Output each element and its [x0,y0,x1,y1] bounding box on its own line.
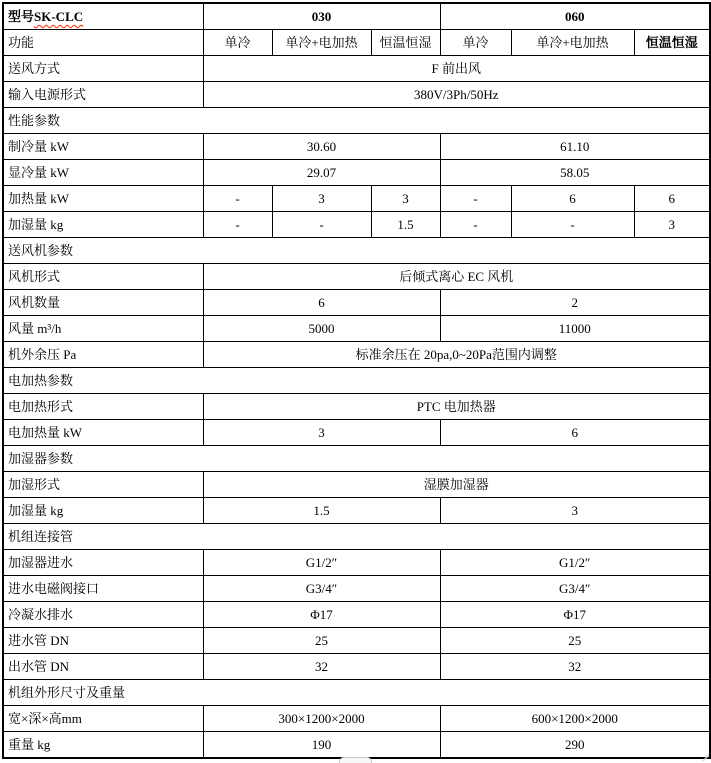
row-label: 冷凝水排水 [3,602,203,628]
table-row: 电加热形式PTC 电加热器 [3,394,710,420]
cell-value: 6 [440,420,710,446]
cell-value: 后倾式离心 EC 风机 [203,264,710,290]
cell-value: 恒温恒湿 [371,30,440,56]
cell-value: 61.10 [440,134,710,160]
section-title: 机组外形尺寸及重量 [3,680,710,706]
row-label: 型号SK-CLC [3,3,203,30]
cell-value: 单冷 [203,30,272,56]
cell-value: 3 [272,186,371,212]
cell-value: 湿膜加湿器 [203,472,710,498]
section-title: 机组连接管 [3,524,710,550]
row-label: 宽×深×高mm [3,706,203,732]
cell-value: PTC 电加热器 [203,394,710,420]
row-label: 进水电磁阀接口 [3,576,203,602]
table-row: 冷凝水排水Φ17Φ17 [3,602,710,628]
cell-value: 2 [440,290,710,316]
section-row: 电加热参数 [3,368,710,394]
cell-value: 32 [440,654,710,680]
row-label: 重量 kg [3,732,203,759]
table-row: 送风方式F 前出风 [3,56,710,82]
horizontal-scrollbar-thumb[interactable] [339,757,372,763]
cell-value: 300×1200×2000 [203,706,440,732]
table-row: 型号SK-CLC030060 [3,3,710,30]
row-label: 加湿器进水 [3,550,203,576]
table-row: 显冷量 kW29.0758.05 [3,160,710,186]
table-row: 进水管 DN2525 [3,628,710,654]
table-row: 机外余压 Pa标准余压在 20pa,0~20Pa范围内调整 [3,342,710,368]
cell-value: 1.5 [371,212,440,238]
row-label: 输入电源形式 [3,82,203,108]
cell-value: - [203,212,272,238]
section-row: 机组连接管 [3,524,710,550]
resize-grip-icon[interactable] [701,753,709,761]
model-label: 型号 [8,9,34,24]
cell-value: G1/2″ [203,550,440,576]
cell-value: 380V/3Ph/50Hz [203,82,710,108]
row-label: 加湿量 kg [3,212,203,238]
spec-table: 型号SK-CLC030060功能单冷单冷+电加热恒温恒湿单冷单冷+电加热恒温恒湿… [2,2,711,759]
cell-value: 190 [203,732,440,759]
section-row: 送风机参数 [3,238,710,264]
cell-value: 600×1200×2000 [440,706,710,732]
section-title: 送风机参数 [3,238,710,264]
cell-value: 单冷 [440,30,511,56]
table-row: 加湿器进水G1/2″G1/2″ [3,550,710,576]
table-row: 电加热量 kW36 [3,420,710,446]
cell-value: 030 [203,3,440,30]
table-row: 加湿量 kg1.53 [3,498,710,524]
table-row: 制冷量 kW30.6061.10 [3,134,710,160]
cell-value: - [272,212,371,238]
table-row: 出水管 DN3232 [3,654,710,680]
cell-value: F 前出风 [203,56,710,82]
row-label: 功能 [3,30,203,56]
cell-value: Φ17 [440,602,710,628]
cell-value: 恒温恒湿 [634,30,710,56]
table-row: 风量 m³/h500011000 [3,316,710,342]
cell-value: - [440,212,511,238]
cell-value: G1/2″ [440,550,710,576]
row-label: 机外余压 Pa [3,342,203,368]
cell-value: 单冷+电加热 [272,30,371,56]
row-label: 风量 m³/h [3,316,203,342]
cell-value: 6 [511,186,634,212]
row-label: 出水管 DN [3,654,203,680]
cell-value: 6 [203,290,440,316]
cell-value: 29.07 [203,160,440,186]
cell-value: 标准余压在 20pa,0~20Pa范围内调整 [203,342,710,368]
cell-value: 290 [440,732,710,759]
cell-value: 3 [203,420,440,446]
section-title: 电加热参数 [3,368,710,394]
table-row: 加湿形式湿膜加湿器 [3,472,710,498]
section-row: 机组外形尺寸及重量 [3,680,710,706]
section-title: 性能参数 [3,108,710,134]
row-label: 电加热量 kW [3,420,203,446]
row-label: 加湿量 kg [3,498,203,524]
cell-value: 30.60 [203,134,440,160]
cell-value: 58.05 [440,160,710,186]
row-label: 显冷量 kW [3,160,203,186]
row-label: 电加热形式 [3,394,203,420]
table-row: 加热量 kW-33-66 [3,186,710,212]
table-row: 输入电源形式380V/3Ph/50Hz [3,82,710,108]
cell-value: - [203,186,272,212]
table-row: 进水电磁阀接口G3/4″G3/4″ [3,576,710,602]
table-row: 功能单冷单冷+电加热恒温恒湿单冷单冷+电加热恒温恒湿 [3,30,710,56]
cell-value: 060 [440,3,710,30]
row-label: 风机数量 [3,290,203,316]
row-label: 进水管 DN [3,628,203,654]
cell-value: G3/4″ [203,576,440,602]
table-row: 重量 kg190290 [3,732,710,759]
cell-value: Φ17 [203,602,440,628]
cell-value: 3 [371,186,440,212]
cell-value: 6 [634,186,710,212]
cell-value: - [440,186,511,212]
row-label: 加热量 kW [3,186,203,212]
cell-value: 单冷+电加热 [511,30,634,56]
table-row: 宽×深×高mm300×1200×2000600×1200×2000 [3,706,710,732]
cell-value: 3 [440,498,710,524]
spec-table-body: 型号SK-CLC030060功能单冷单冷+电加热恒温恒湿单冷单冷+电加热恒温恒湿… [3,3,710,758]
cell-value: 25 [440,628,710,654]
cell-value: - [511,212,634,238]
table-row: 风机数量62 [3,290,710,316]
table-row: 加湿量 kg--1.5--3 [3,212,710,238]
cell-value: 3 [634,212,710,238]
cell-value: G3/4″ [440,576,710,602]
cell-value: 5000 [203,316,440,342]
row-label: 加湿形式 [3,472,203,498]
section-title: 加湿器参数 [3,446,710,472]
table-row: 风机形式后倾式离心 EC 风机 [3,264,710,290]
cell-value: 11000 [440,316,710,342]
row-label: 制冷量 kW [3,134,203,160]
row-label: 风机形式 [3,264,203,290]
cell-value: 32 [203,654,440,680]
section-row: 性能参数 [3,108,710,134]
row-label: 送风方式 [3,56,203,82]
cell-value: 1.5 [203,498,440,524]
model-code-misspelled: SK-CLC [34,9,83,24]
cell-value: 25 [203,628,440,654]
section-row: 加湿器参数 [3,446,710,472]
